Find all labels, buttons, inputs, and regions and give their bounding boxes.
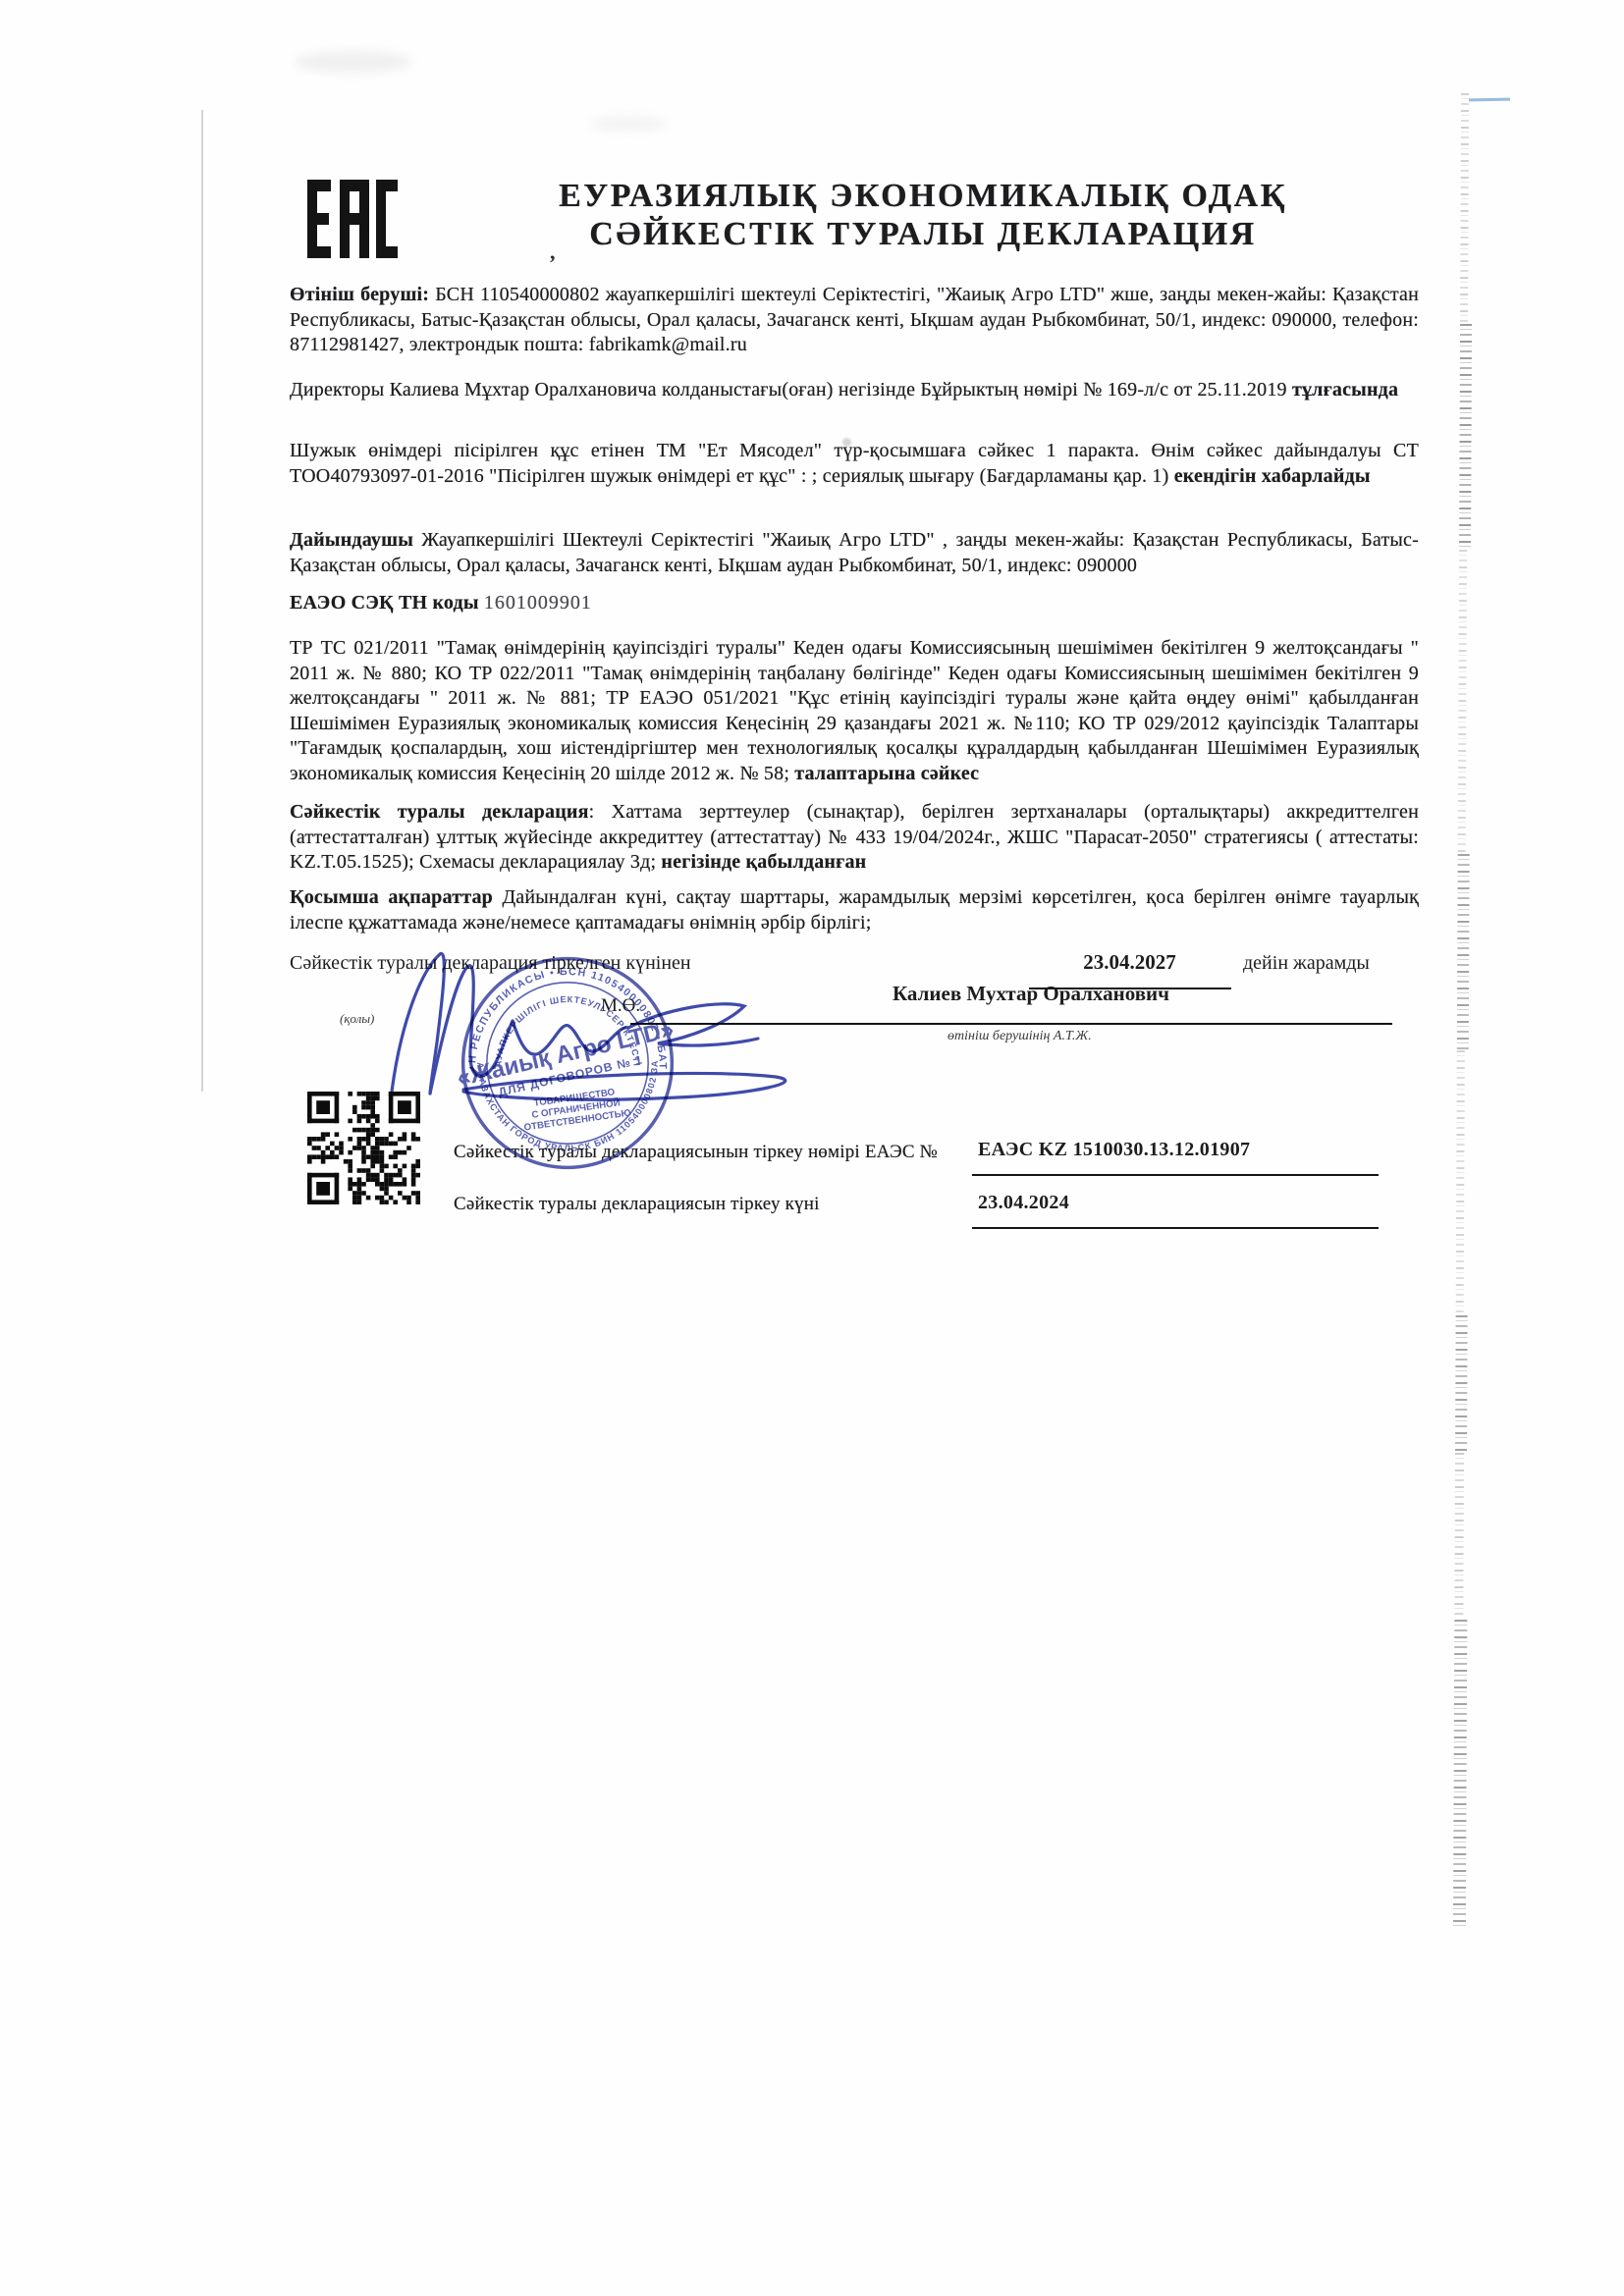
paragraph-declaration-basis: Сәйкестік туралы декларация: Хаттама зер… <box>290 800 1419 876</box>
paragraph-applicant: Өтініш беруші: БСН 110540000802 жауапкер… <box>290 283 1419 358</box>
scan-edge-artifact-strip <box>1453 93 1477 1929</box>
paragraph-director: Директоры Калиева Мұхтар Оралхановича ко… <box>290 378 1419 403</box>
scan-noise-segment <box>1458 550 1467 854</box>
eac-logo <box>307 180 398 258</box>
paragraph-body: БСН 110540000802 жауапкершілігі шектеулі… <box>290 284 1419 355</box>
paragraph-lead: Сәйкестік туралы декларация <box>290 801 589 823</box>
paragraph-tail: тұлғасында <box>1292 379 1398 400</box>
paragraph-tail: негізінде қабылданған <box>661 851 866 873</box>
title-line-2: СӘЙКЕСТІК ТУРАЛЫ ДЕКЛАРАЦИЯ <box>550 215 1296 253</box>
scan-noise-segment <box>1457 854 1470 1050</box>
paragraph-lead: Дайындаушы <box>290 529 413 551</box>
registration-date-label: Сәйкестік туралы декларациясын тіркеу кү… <box>454 1194 820 1215</box>
scan-left-edge-line <box>201 110 203 1092</box>
tn-code-label: ЕАЭО СЭҚ ТН коды <box>290 592 479 614</box>
paragraph-regulations: ТР ТС 021/2011 "Тамақ өнімдерінің қауіпс… <box>290 636 1419 786</box>
paragraph-product: Шужык өнімдері пісірілген құс етінен ТМ … <box>290 439 1419 489</box>
registration-number-label: Сәйкестік туралы декларациясынын тіркеу … <box>454 1142 938 1163</box>
stray-comma-artifact: , <box>550 240 556 265</box>
paragraph-body: Жауапкершілігі Шектеулі Серіктестігі "Жа… <box>290 529 1419 576</box>
validity-suffix: дейін жарамды <box>1243 952 1370 975</box>
paragraph-tail: екендігін хабарлайды <box>1174 465 1371 487</box>
tn-code-value: 1601009901 <box>484 592 592 614</box>
scan-noise-segment <box>1456 1050 1465 1315</box>
scan-noise-segment <box>1455 1315 1468 1453</box>
registration-date-underline <box>972 1227 1379 1229</box>
registration-number-underline <box>972 1174 1379 1176</box>
scan-noise-segment <box>1454 1453 1464 1620</box>
registration-number-value: ЕАЭС KZ 1510030.13.12.01907 <box>978 1139 1250 1161</box>
paragraph-additional-info: Қосымша ақпараттар Дайындалған күні, сақ… <box>290 885 1419 935</box>
paragraph-manufacturer: Дайындаушы Жауапкершілігі Шектеулі Серік… <box>290 528 1419 578</box>
scan-noise-segment <box>1459 324 1472 550</box>
valid-until-date: 23.04.2027 <box>1029 950 1230 975</box>
paragraph-lead: Өтініш беруші: <box>290 284 429 305</box>
scan-smudge <box>295 51 412 73</box>
scan-noise-segment <box>1460 93 1469 324</box>
paragraph-body: Директоры Калиева Мұхтар Оралхановича ко… <box>290 379 1292 400</box>
paragraph-tail: талаптарына сәйкес <box>794 763 979 784</box>
document-title: ЕУРАЗИЯЛЫҚ ЭКОНОМИКАЛЫҚ ОДАҚ СӘЙКЕСТІК Т… <box>550 177 1296 253</box>
signer-caption: өтініш берушінің А.Т.Ж. <box>947 1029 1092 1044</box>
qr-code <box>307 1092 420 1204</box>
scanned-declaration-page: ЕУРАЗИЯЛЫҚ ЭКОНОМИКАЛЫҚ ОДАҚ СӘЙКЕСТІК Т… <box>0 0 1624 2296</box>
scan-smudge <box>589 116 668 132</box>
title-line-1: ЕУРАЗИЯЛЫҚ ЭКОНОМИКАЛЫҚ ОДАҚ <box>550 177 1296 215</box>
scan-noise-segment <box>1453 1620 1467 1929</box>
registration-date-value: 23.04.2024 <box>978 1192 1069 1214</box>
scan-blue-tick <box>1469 98 1510 102</box>
paragraph-lead: Қосымша ақпараттар <box>290 886 493 908</box>
paragraph-tn-code: ЕАЭО СЭҚ ТН коды 1601009901 <box>290 591 1419 616</box>
